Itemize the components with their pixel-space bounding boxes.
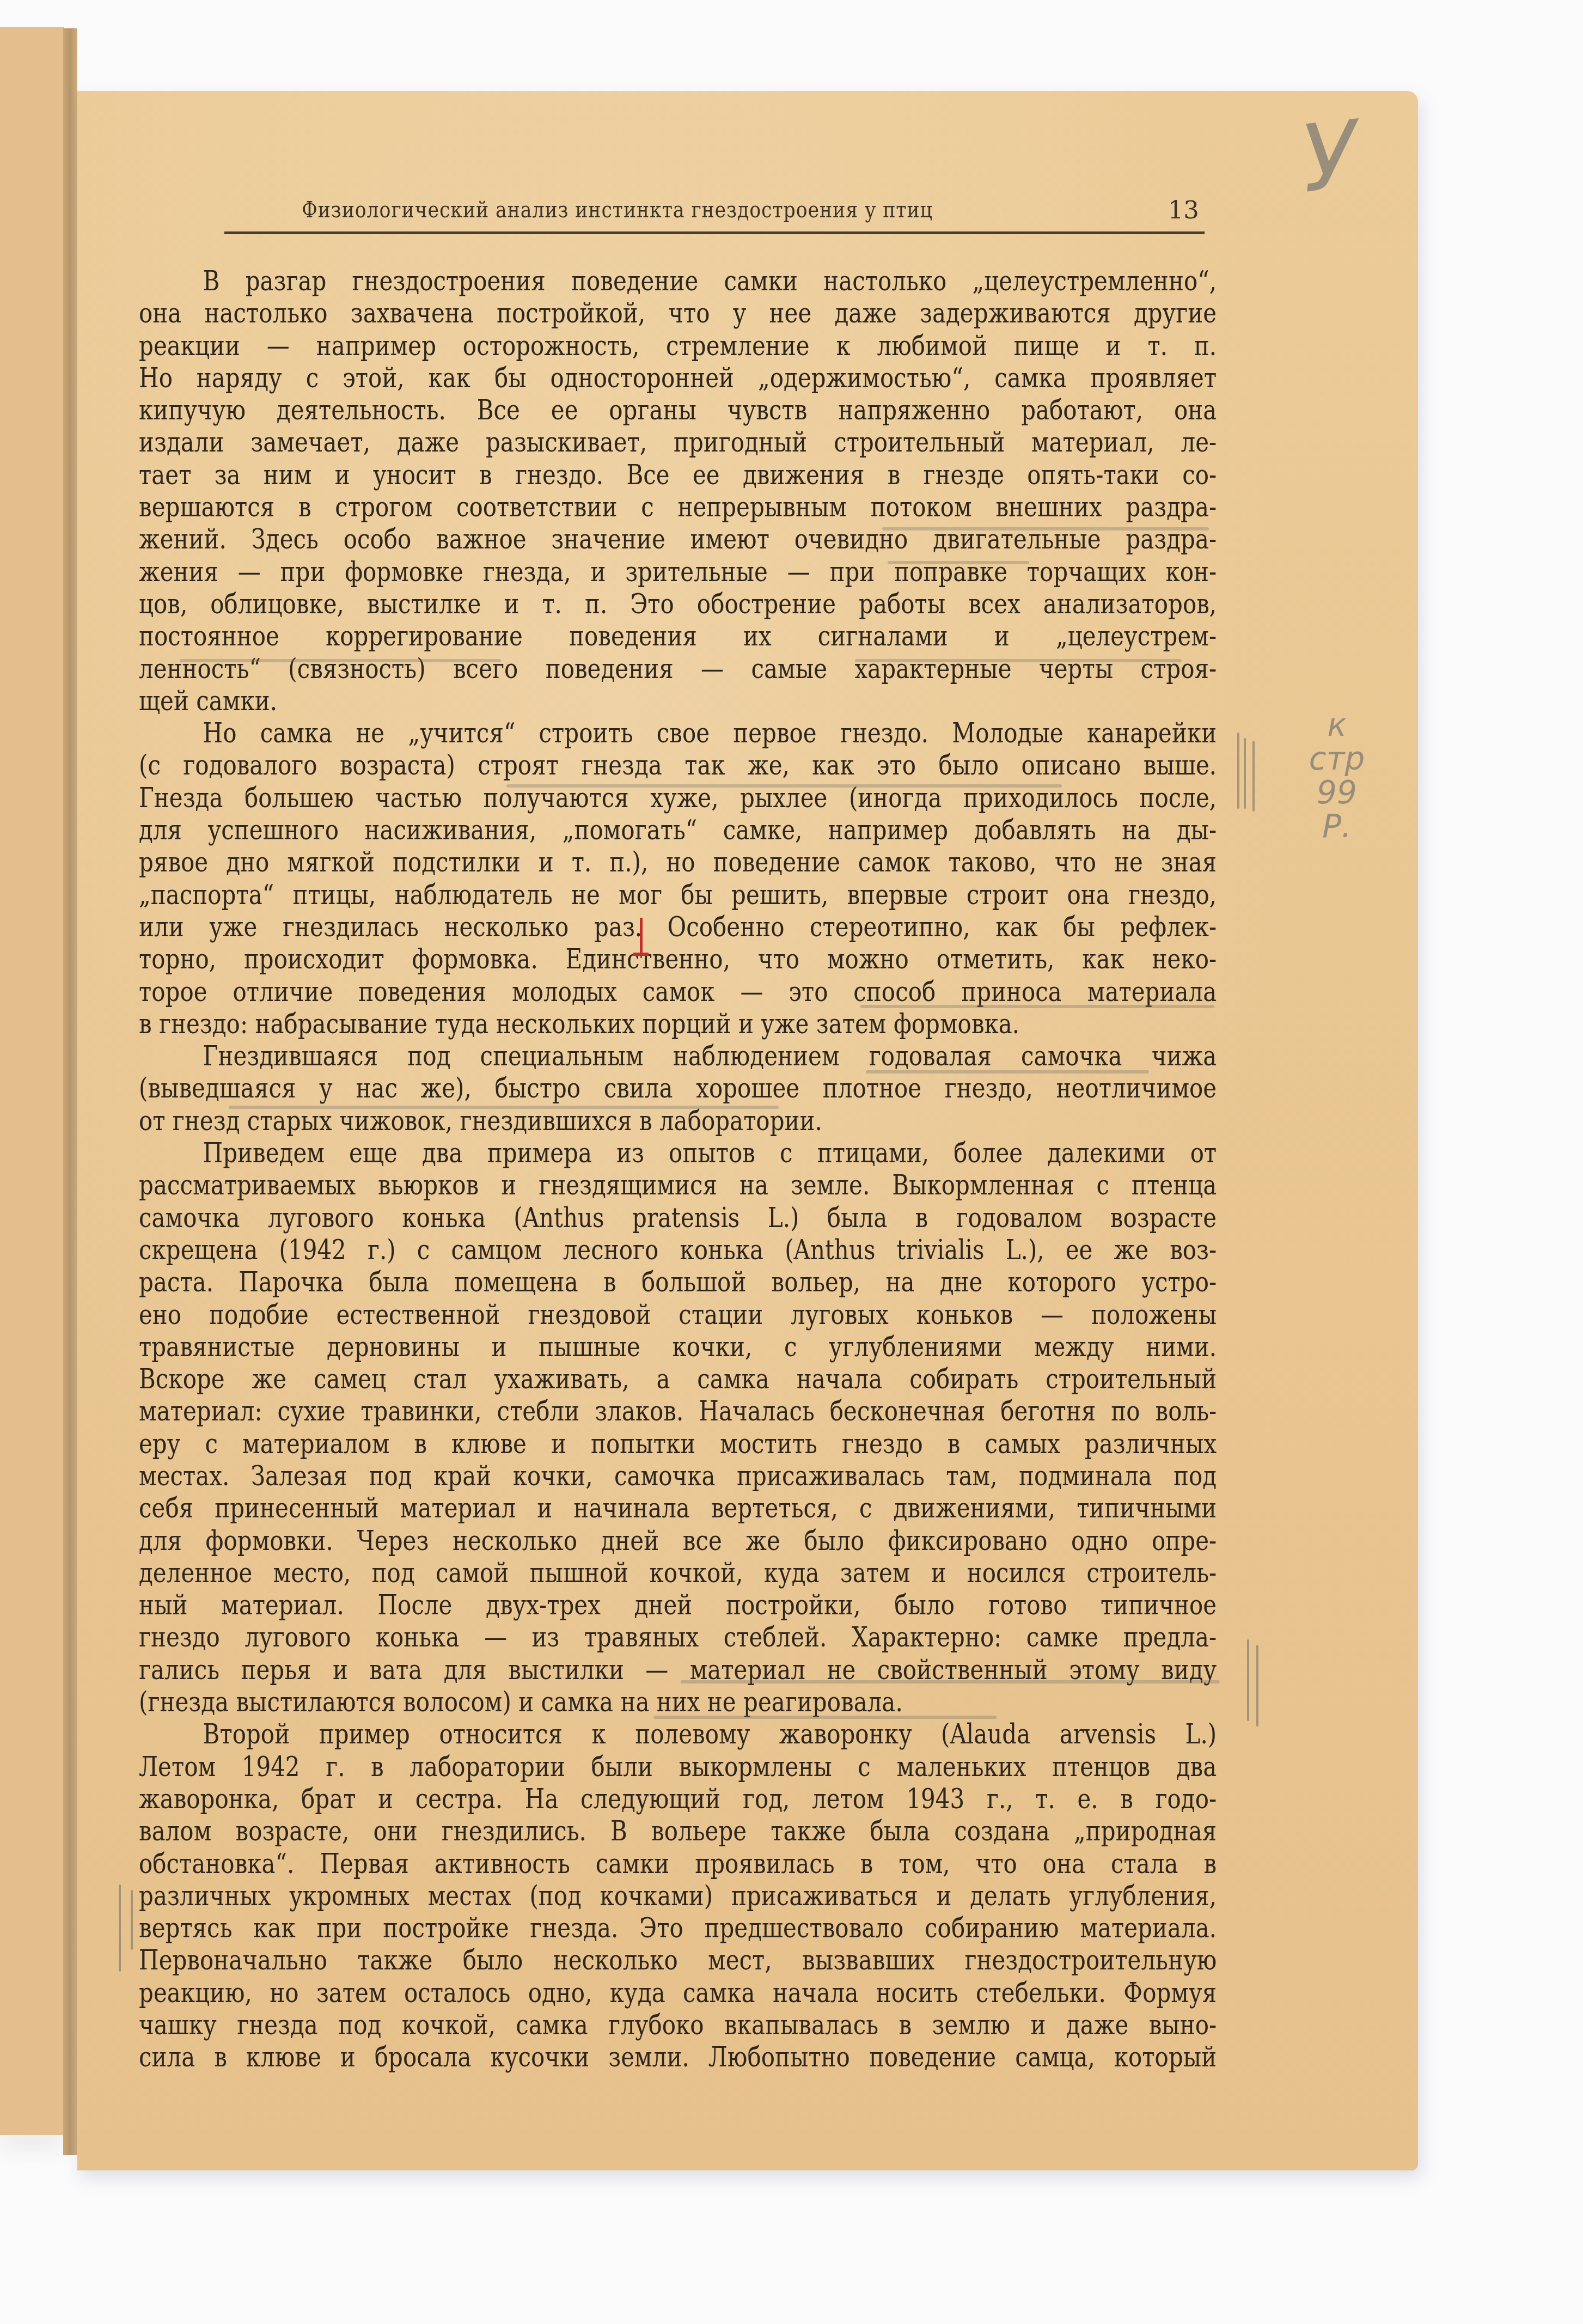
text-line: травянистые дерновины и пышные кочки, с … xyxy=(139,1331,1217,1363)
text-line: Но наряду с этой, как бы односторонней „… xyxy=(139,362,1217,394)
text-line: реакции — например осторожность, стремле… xyxy=(139,330,1217,362)
text-line: от гнезд старых чижовок, гнездившихся в … xyxy=(139,1105,1217,1137)
text-line: для успешного насиживания, „помогать“ са… xyxy=(139,814,1217,846)
text-line: в гнездо: набрасывание туда нескольких п… xyxy=(139,1008,1217,1040)
red-pencil-mark xyxy=(640,918,643,956)
running-head-title: Физиологический анализ инстинкта гнездос… xyxy=(302,197,933,223)
text-line: для формовки. Через несколько дней все ж… xyxy=(139,1525,1217,1557)
text-line: Первоначально также было несколько мест,… xyxy=(139,1944,1217,1977)
text-line: рявое дно мягкой подстилки и т. п.), но … xyxy=(139,846,1217,879)
text-line: жаворонка, брат и сестра. На следующий г… xyxy=(139,1783,1217,1815)
pencil-underline xyxy=(882,527,1209,530)
text-line: Вскоре же самец стал ухаживать, а самка … xyxy=(139,1363,1217,1395)
text-line: Летом 1942 г. в лаборатории были выкормл… xyxy=(139,1751,1217,1783)
text-line: обстановка“. Первая активность самки про… xyxy=(139,1848,1217,1880)
text-line: она настолько захвачена постройкой, что … xyxy=(139,297,1217,330)
pencil-underline xyxy=(681,1680,1220,1683)
pencil-underline xyxy=(653,1716,997,1719)
text-line: деленное место, под самой пышной кочкой,… xyxy=(139,1557,1217,1589)
pencil-underline xyxy=(855,659,1182,662)
pencil-margin-bar xyxy=(119,1884,121,1972)
pencil-underline xyxy=(860,1005,1214,1008)
pencil-margin-bar xyxy=(1256,1645,1258,1727)
pencil-underline xyxy=(888,561,1029,564)
pencil-underline xyxy=(506,784,1062,788)
pencil-side-note: к стр 99 Р. xyxy=(1304,708,1370,843)
pencil-margin-bar xyxy=(1252,741,1255,812)
text-line: жения — при формовке гнезда, и зрительны… xyxy=(139,556,1217,588)
text-line: Гнездившаяся под специальным наблюдением… xyxy=(139,1040,1217,1072)
text-line: Приведем еще два примера из опытов с пти… xyxy=(139,1137,1217,1169)
text-line: издали замечает, даже разыскивает, приго… xyxy=(139,426,1217,459)
pencil-underline xyxy=(180,659,501,662)
text-line: Второй пример относится к полевому жавор… xyxy=(139,1718,1217,1750)
pencil-margin-bar xyxy=(1247,1639,1249,1721)
text-line: кипучую деятельность. Все ее органы чувс… xyxy=(139,394,1217,426)
text-line: еру с материалом в клюве и попытки мости… xyxy=(139,1428,1217,1460)
text-line: местах. Залезая под край кочки, самочка … xyxy=(139,1460,1217,1492)
text-line: (выведшаяся у нас же), быстро свила хоро… xyxy=(139,1072,1217,1105)
text-line: торое отличие поведения молодых самок — … xyxy=(139,976,1217,1008)
body-text: В разгар гнездостроения поведение самки … xyxy=(139,265,1217,2074)
text-line: (с годовалого возраста) строят гнезда та… xyxy=(139,749,1217,782)
text-line: материал: сухие травинки, стебли злаков.… xyxy=(139,1395,1217,1428)
text-line: или уже гнездилась несколько раз. Особен… xyxy=(139,911,1217,943)
text-line: цов, облицовке, выстилке и т. п. Это обо… xyxy=(139,588,1217,620)
text-line: рассматриваемых вьюрков и гнездящимися н… xyxy=(139,1169,1217,1201)
text-line: вершаются в строгом соответствии с непре… xyxy=(139,491,1217,523)
pencil-underline xyxy=(866,1070,1149,1073)
pencil-margin-bar xyxy=(131,1890,133,1950)
text-line: (гнезда выстилаются волосом) и самка на … xyxy=(139,1686,1217,1718)
text-line: постоянное коррегирование поведения их с… xyxy=(139,620,1217,652)
text-line: торно, происходит формовка. Единственно,… xyxy=(139,943,1217,975)
text-line: чашку гнезда под кочкой, самка глубоко в… xyxy=(139,2009,1217,2041)
text-line: валом возрасте, они гнездились. В вольер… xyxy=(139,1815,1217,1847)
text-line: скрещена (1942 г.) с самцом лесного конь… xyxy=(139,1234,1217,1266)
pencil-margin-bar xyxy=(1237,733,1239,809)
text-line: различных укромных местах (под кочками) … xyxy=(139,1880,1217,1912)
text-line: Но самка не „учится“ строить свое первое… xyxy=(139,717,1217,749)
text-line: себя принесенный материал и начинала вер… xyxy=(139,1492,1217,1524)
page-number: 13 xyxy=(1168,196,1199,224)
text-line: ено подобие естественной гнездовой стаци… xyxy=(139,1299,1217,1331)
running-head: Физиологический анализ инстинкта гнездос… xyxy=(224,188,1205,234)
previous-page-edge xyxy=(0,27,64,2135)
text-line: ленность“ (связность) всего поведения — … xyxy=(139,653,1217,685)
text-line: реакцию, но затем осталось одно, куда са… xyxy=(139,1977,1217,2009)
book-spine xyxy=(63,28,77,2155)
text-line: раста. Парочка была помещена в большой в… xyxy=(139,1266,1217,1298)
text-line: В разгар гнездостроения поведение самки … xyxy=(139,265,1217,297)
text-line: тает за ним и уносит в гнездо. Все ее дв… xyxy=(139,459,1217,491)
text-line: ный материал. После двух-трех дней постр… xyxy=(139,1589,1217,1621)
text-line: „паспорта“ птицы, наблюдатель не мог бы … xyxy=(139,879,1217,911)
pencil-corner-mark: У xyxy=(1296,101,1364,214)
text-line: щей самки. xyxy=(139,685,1217,717)
text-line: самочка лугового конька (Anthus pratensi… xyxy=(139,1202,1217,1234)
pencil-underline xyxy=(229,1106,779,1109)
pencil-margin-bar xyxy=(1244,738,1246,809)
text-line: гнездо лугового конька — из травяных сте… xyxy=(139,1621,1217,1654)
text-line: вертясь как при постройке гнезда. Это пр… xyxy=(139,1912,1217,1944)
text-line: сила в клюве и бросала кусочки земли. Лю… xyxy=(139,2041,1217,2073)
